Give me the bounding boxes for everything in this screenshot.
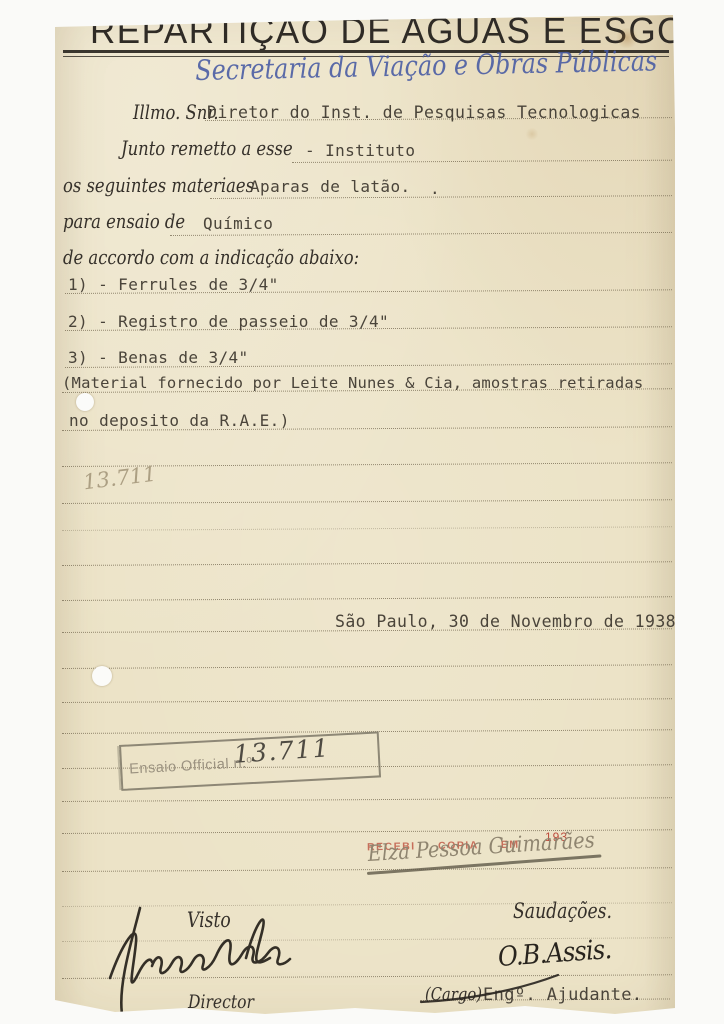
director-label: Director xyxy=(188,991,254,1013)
ruled-line xyxy=(62,698,672,703)
note-line-1: (Material fornecido por Leite Nunes & Ci… xyxy=(62,374,643,392)
ensaio-value: Químico xyxy=(203,214,273,233)
materiaes-label: os seguintes materiaes xyxy=(63,173,254,197)
saudacoes-label: Saudações. xyxy=(513,899,612,923)
ruled-line xyxy=(62,499,672,504)
ensaio-stamp-number: 13.711 xyxy=(233,733,331,769)
ruled-line xyxy=(62,664,672,669)
item-1: 1) - Ferrules de 3/4" xyxy=(68,275,279,294)
accordo-label: de accordo com a indicação abaixo: xyxy=(63,245,359,269)
ruled-line xyxy=(62,561,672,566)
cargo-strike-stroke xyxy=(418,970,563,1010)
recebi-signature: Elza Pessoa Guimarães xyxy=(367,828,595,867)
ruled-line xyxy=(62,526,672,531)
remetto-label: Junto remetto a esse xyxy=(121,136,293,160)
salutation-script: Illmo. Snr. xyxy=(133,100,219,124)
salutation-typed: Diretor do Inst. de Pesquisas Tecnologic… xyxy=(207,103,641,122)
materiaes-stray-mark: . xyxy=(430,179,440,198)
materiaes-value: Aparas de latão. xyxy=(250,177,411,196)
dateline: São Paulo, 30 de Novembro de 1938 xyxy=(335,612,676,631)
note-line-2: no deposito da R.A.E.) xyxy=(69,411,290,430)
foxing-stain xyxy=(615,28,639,48)
photo-background: REPARTIÇÃO DE AGUAS E ESGOTOS Secretaria… xyxy=(0,0,724,1024)
item-2: 2) - Registro de passeio de 3/4" xyxy=(68,312,389,331)
item-3: 3) - Benas de 3/4" xyxy=(68,348,249,367)
ruled-line xyxy=(62,797,672,802)
document-paper: REPARTIÇÃO DE AGUAS E ESGOTOS Secretaria… xyxy=(55,8,675,1022)
punch-hole-top xyxy=(76,393,94,411)
remetto-value: - Instituto xyxy=(305,141,415,160)
ensaio-label: para ensaio de xyxy=(63,209,185,233)
ensaio-official-stamp: Ensaio Official n.º 13.711 xyxy=(119,731,381,791)
punch-hole-bottom xyxy=(92,666,112,686)
ruled-line xyxy=(62,596,672,601)
foxing-stain-small xyxy=(525,128,539,140)
ruled-line xyxy=(292,160,672,163)
assis-signature: O.B.Assis. xyxy=(497,934,612,973)
